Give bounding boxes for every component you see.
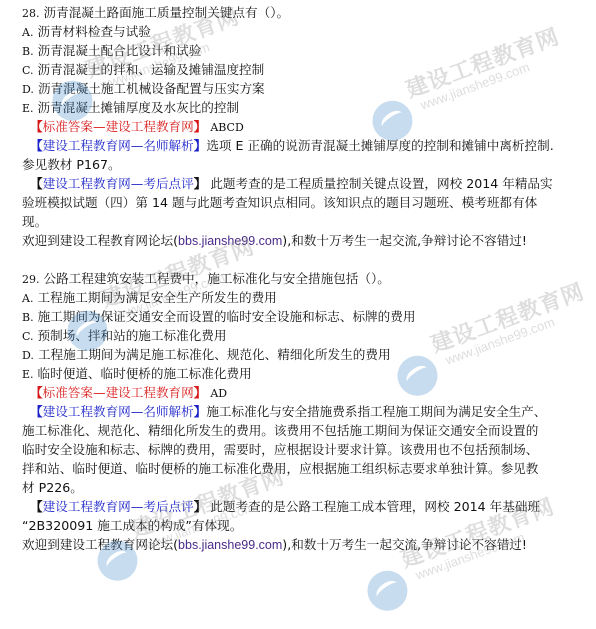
review-label: 建设工程教育网—考后点评 — [43, 176, 194, 191]
analysis-continuation: 参见教材 P167。 — [22, 155, 596, 174]
forum-prefix: 欢迎到建设工程教育网论坛( — [22, 233, 178, 248]
bracket: 】 — [194, 404, 207, 419]
option-letter: D. — [22, 83, 34, 96]
option-b: B. 沥青混凝土配合比设计和试验 — [22, 41, 596, 60]
analysis-continuation: 施工标准化、规范化、精细化所发生的费用。该费用不包括施工期间为保证交通安全而设置… — [22, 421, 596, 440]
option-letter: C. — [22, 330, 34, 343]
review-label: 建设工程教育网—考后点评 — [43, 499, 194, 514]
bracket: 】 — [194, 176, 207, 191]
answer-line: 【标准答案—建设工程教育网】 AD — [22, 383, 596, 402]
answer-value: ABCD — [210, 121, 243, 134]
review-text: 此题考查的是工程质量控制关键点设置，网校 2014 年精品实 — [206, 176, 552, 191]
forum-invite: 欢迎到建设工程教育网论坛(bbs.jianshe99.com),和数十万考生一起… — [22, 231, 596, 250]
spacer — [22, 250, 596, 269]
option-e: E. 临时便道、临时便桥的施工标准化费用 — [22, 364, 596, 383]
bracket: 】 — [194, 385, 207, 400]
option-e: E. 沥青混凝土摊铺厚度及水灰比的控制 — [22, 98, 596, 117]
bracket: 【 — [30, 138, 43, 153]
review-continuation: 验班模拟试题（四）第 14 题与此题考查知识点相同。该知识点的题目习题班、模考班… — [22, 193, 596, 212]
analysis-text: 施工标准化与安全措施费系指工程施工期间为满足安全生产、 — [206, 404, 546, 419]
watermark-logo-icon — [362, 565, 413, 616]
analysis-label: 建设工程教育网—名师解析 — [43, 404, 194, 419]
option-text: 工程施工期间为满足施工标准化、规范化、精细化所发生的费用 — [38, 347, 391, 362]
bracket: 【 — [30, 119, 43, 134]
forum-suffix: ),和数十万考生一起交流,争辩讨论不容错过! — [282, 233, 527, 248]
answer-label: 标准答案—建设工程教育网 — [43, 385, 194, 400]
review-line: 【建设工程教育网—考后点评】 此题考查的是公路工程施工成本管理，网校 2014 … — [22, 497, 596, 516]
option-letter: D. — [22, 349, 34, 362]
option-letter: A. — [22, 292, 33, 305]
question-28-stem: 28. 沥青混凝土路面施工质量控制关键点有（）。 — [22, 3, 596, 22]
question-text: 沥青混凝土路面施工质量控制关键点有（）。 — [44, 5, 290, 20]
bracket: 】 — [194, 138, 207, 153]
option-text: 临时便道、临时便桥的施工标准化费用 — [38, 366, 252, 381]
option-letter: E. — [22, 102, 34, 115]
option-d: D. 工程施工期间为满足施工标准化、规范化、精细化所发生的费用 — [22, 345, 596, 364]
option-letter: C. — [22, 64, 34, 77]
bracket: 】 — [194, 499, 207, 514]
review-line: 【建设工程教育网—考后点评】 此题考查的是工程质量控制关键点设置，网校 2014… — [22, 174, 596, 193]
bracket: 】 — [194, 119, 207, 134]
option-text: 施工期间为保证交通安全而设置的临时安全设施和标志、标牌的费用 — [38, 309, 416, 324]
question-number: 29. — [22, 273, 40, 286]
forum-invite: 欢迎到建设工程教育网论坛(bbs.jianshe99.com),和数十万考生一起… — [22, 535, 596, 554]
analysis-line: 【建设工程教育网—名师解析】选项 E 正确的说沥青混凝土摊铺厚度的控制和摊铺中离… — [22, 136, 596, 155]
option-text: 工程施工期间为满足安全生产所发生的费用 — [37, 290, 276, 305]
bracket: 【 — [30, 176, 43, 191]
bracket: 【 — [30, 385, 43, 400]
bracket: 【 — [30, 404, 43, 419]
answer-value: AD — [210, 387, 227, 400]
review-text: 此题考查的是公路工程施工成本管理，网校 2014 年基础班 — [206, 499, 540, 514]
analysis-line: 【建设工程教育网—名师解析】施工标准化与安全措施费系指工程施工期间为满足安全生产… — [22, 402, 596, 421]
option-text: 沥青混凝土摊铺厚度及水灰比的控制 — [38, 100, 240, 115]
option-letter: E. — [22, 368, 34, 381]
analysis-continuation: 临时安全设施和标志、标牌的费用，需要时，应根据设计要求计算。该费用也不包括预制场… — [22, 440, 596, 459]
option-b: B. 施工期间为保证交通安全而设置的临时安全设施和标志、标牌的费用 — [22, 307, 596, 326]
option-letter: B. — [22, 45, 34, 58]
question-text: 公路工程建筑安装工程费中，施工标准化与安全措施包括（）。 — [44, 271, 390, 286]
forum-suffix: ),和数十万考生一起交流,争辩讨论不容错过! — [282, 537, 527, 552]
bracket: 【 — [30, 499, 43, 514]
option-text: 沥青混凝土施工机械设备配置与压实方案 — [38, 81, 265, 96]
option-d: D. 沥青混凝土施工机械设备配置与压实方案 — [22, 79, 596, 98]
review-continuation: “2B320091 施工成本的构成”有体现。 — [22, 516, 596, 535]
document-page: 28. 沥青混凝土路面施工质量控制关键点有（）。 A. 沥青材料检查与试验 B.… — [22, 3, 596, 554]
option-letter: A. — [22, 26, 33, 39]
forum-prefix: 欢迎到建设工程教育网论坛( — [22, 537, 178, 552]
analysis-label: 建设工程教育网—名师解析 — [43, 138, 194, 153]
analysis-continuation: 材 P226。 — [22, 478, 596, 497]
answer-line: 【标准答案—建设工程教育网】 ABCD — [22, 117, 596, 136]
option-text: 沥青材料检查与试验 — [37, 24, 150, 39]
answer-label: 标准答案—建设工程教育网 — [43, 119, 194, 134]
analysis-text: 选项 E 正确的说沥青混凝土摊铺厚度的控制和摊铺中离析控制. — [206, 138, 553, 153]
review-continuation: 现。 — [22, 212, 596, 231]
option-c: C. 沥青混凝土的拌和、运输及摊铺温度控制 — [22, 60, 596, 79]
option-a: A. 工程施工期间为满足安全生产所发生的费用 — [22, 288, 596, 307]
forum-link[interactable]: bbs.jianshe99.com — [178, 538, 282, 552]
analysis-continuation: 拌和站、临时便道、临时便桥的施工标准化费用，应根据施工组织标志要求单独计算。参见… — [22, 459, 596, 478]
option-c: C. 预制场、拌和站的施工标准化费用 — [22, 326, 596, 345]
option-text: 沥青混凝土配合比设计和试验 — [38, 43, 202, 58]
option-letter: B. — [22, 311, 34, 324]
option-text: 沥青混凝土的拌和、运输及摊铺温度控制 — [38, 62, 265, 77]
forum-link[interactable]: bbs.jianshe99.com — [178, 234, 282, 248]
question-number: 28. — [22, 7, 40, 20]
option-a: A. 沥青材料检查与试验 — [22, 22, 596, 41]
option-text: 预制场、拌和站的施工标准化费用 — [38, 328, 227, 343]
question-29-stem: 29. 公路工程建筑安装工程费中，施工标准化与安全措施包括（）。 — [22, 269, 596, 288]
